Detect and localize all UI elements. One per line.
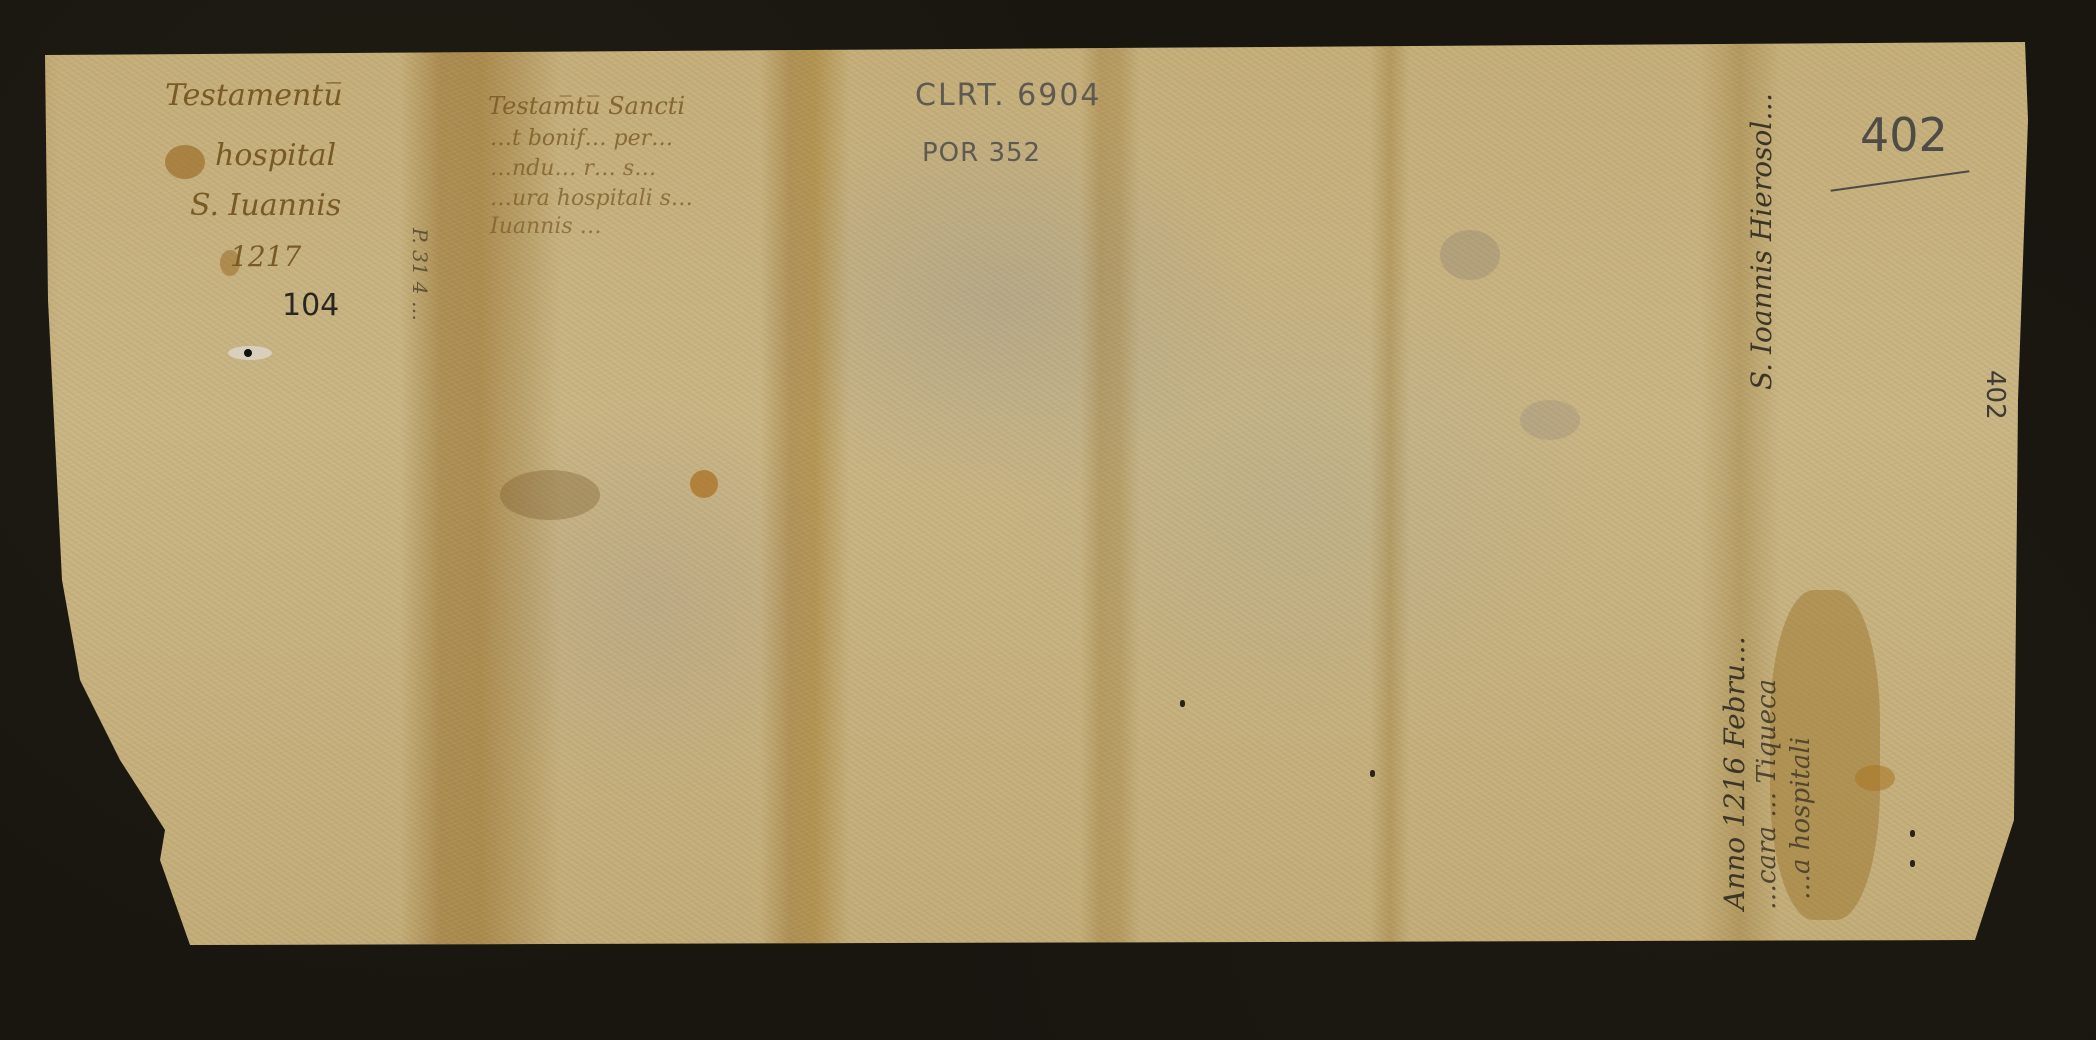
dorsal-note-iuannis: S. Iuannis [190, 188, 341, 223]
stain-center-left [500, 470, 600, 520]
dorsal-note-hospital: hospital [215, 138, 336, 173]
dorsal-note-col2-line1: Testam̅tu̅ Sancti [488, 92, 685, 120]
archival-por-number: POR 352 [922, 138, 1041, 168]
pin-hole [228, 346, 272, 360]
stain-right-drop [1855, 765, 1895, 791]
right-vertical-note-line3: …a hospitali [1786, 737, 1816, 900]
dorsal-note-year: 1217 [230, 240, 301, 273]
stain-left-blot [165, 145, 205, 179]
prick-mark [1370, 770, 1375, 777]
archival-shelfmark: CLRT. 6904 [915, 78, 1102, 113]
right-vertical-note-line1: Anno 1216 Febru… [1718, 636, 1751, 910]
dorsal-note-col2-line2: …t bonif… per… [490, 126, 673, 151]
dorsal-note-testamentum: Testamentu̅ [165, 78, 343, 113]
right-vertical-note-line2: …cara … Tiqueca [1752, 679, 1782, 910]
dorsal-note-col2-line5: Iuannis … [490, 214, 602, 239]
right-vertical-note-line4: S. Ioannis Hierosol… [1745, 93, 1778, 390]
stain-grey-patch [1440, 230, 1500, 280]
prick-mark [1910, 830, 1915, 837]
left-margin-vertical-note: P. 31 4 … [408, 228, 432, 321]
archive-number-104: 104 [282, 288, 339, 323]
dorsal-note-col2-line3: …ndu… r… s… [490, 156, 656, 181]
prick-mark [1910, 860, 1915, 867]
stain-grey-patch-2 [1520, 400, 1580, 440]
pencil-number-402: 402 [1860, 108, 1948, 162]
dorsal-note-col2-line4: …ura hospitali s… [490, 186, 693, 211]
prick-mark [1180, 700, 1185, 707]
stain-amber-spot [690, 470, 718, 498]
pencil-number-vertical-402: 402 [1980, 370, 2010, 420]
